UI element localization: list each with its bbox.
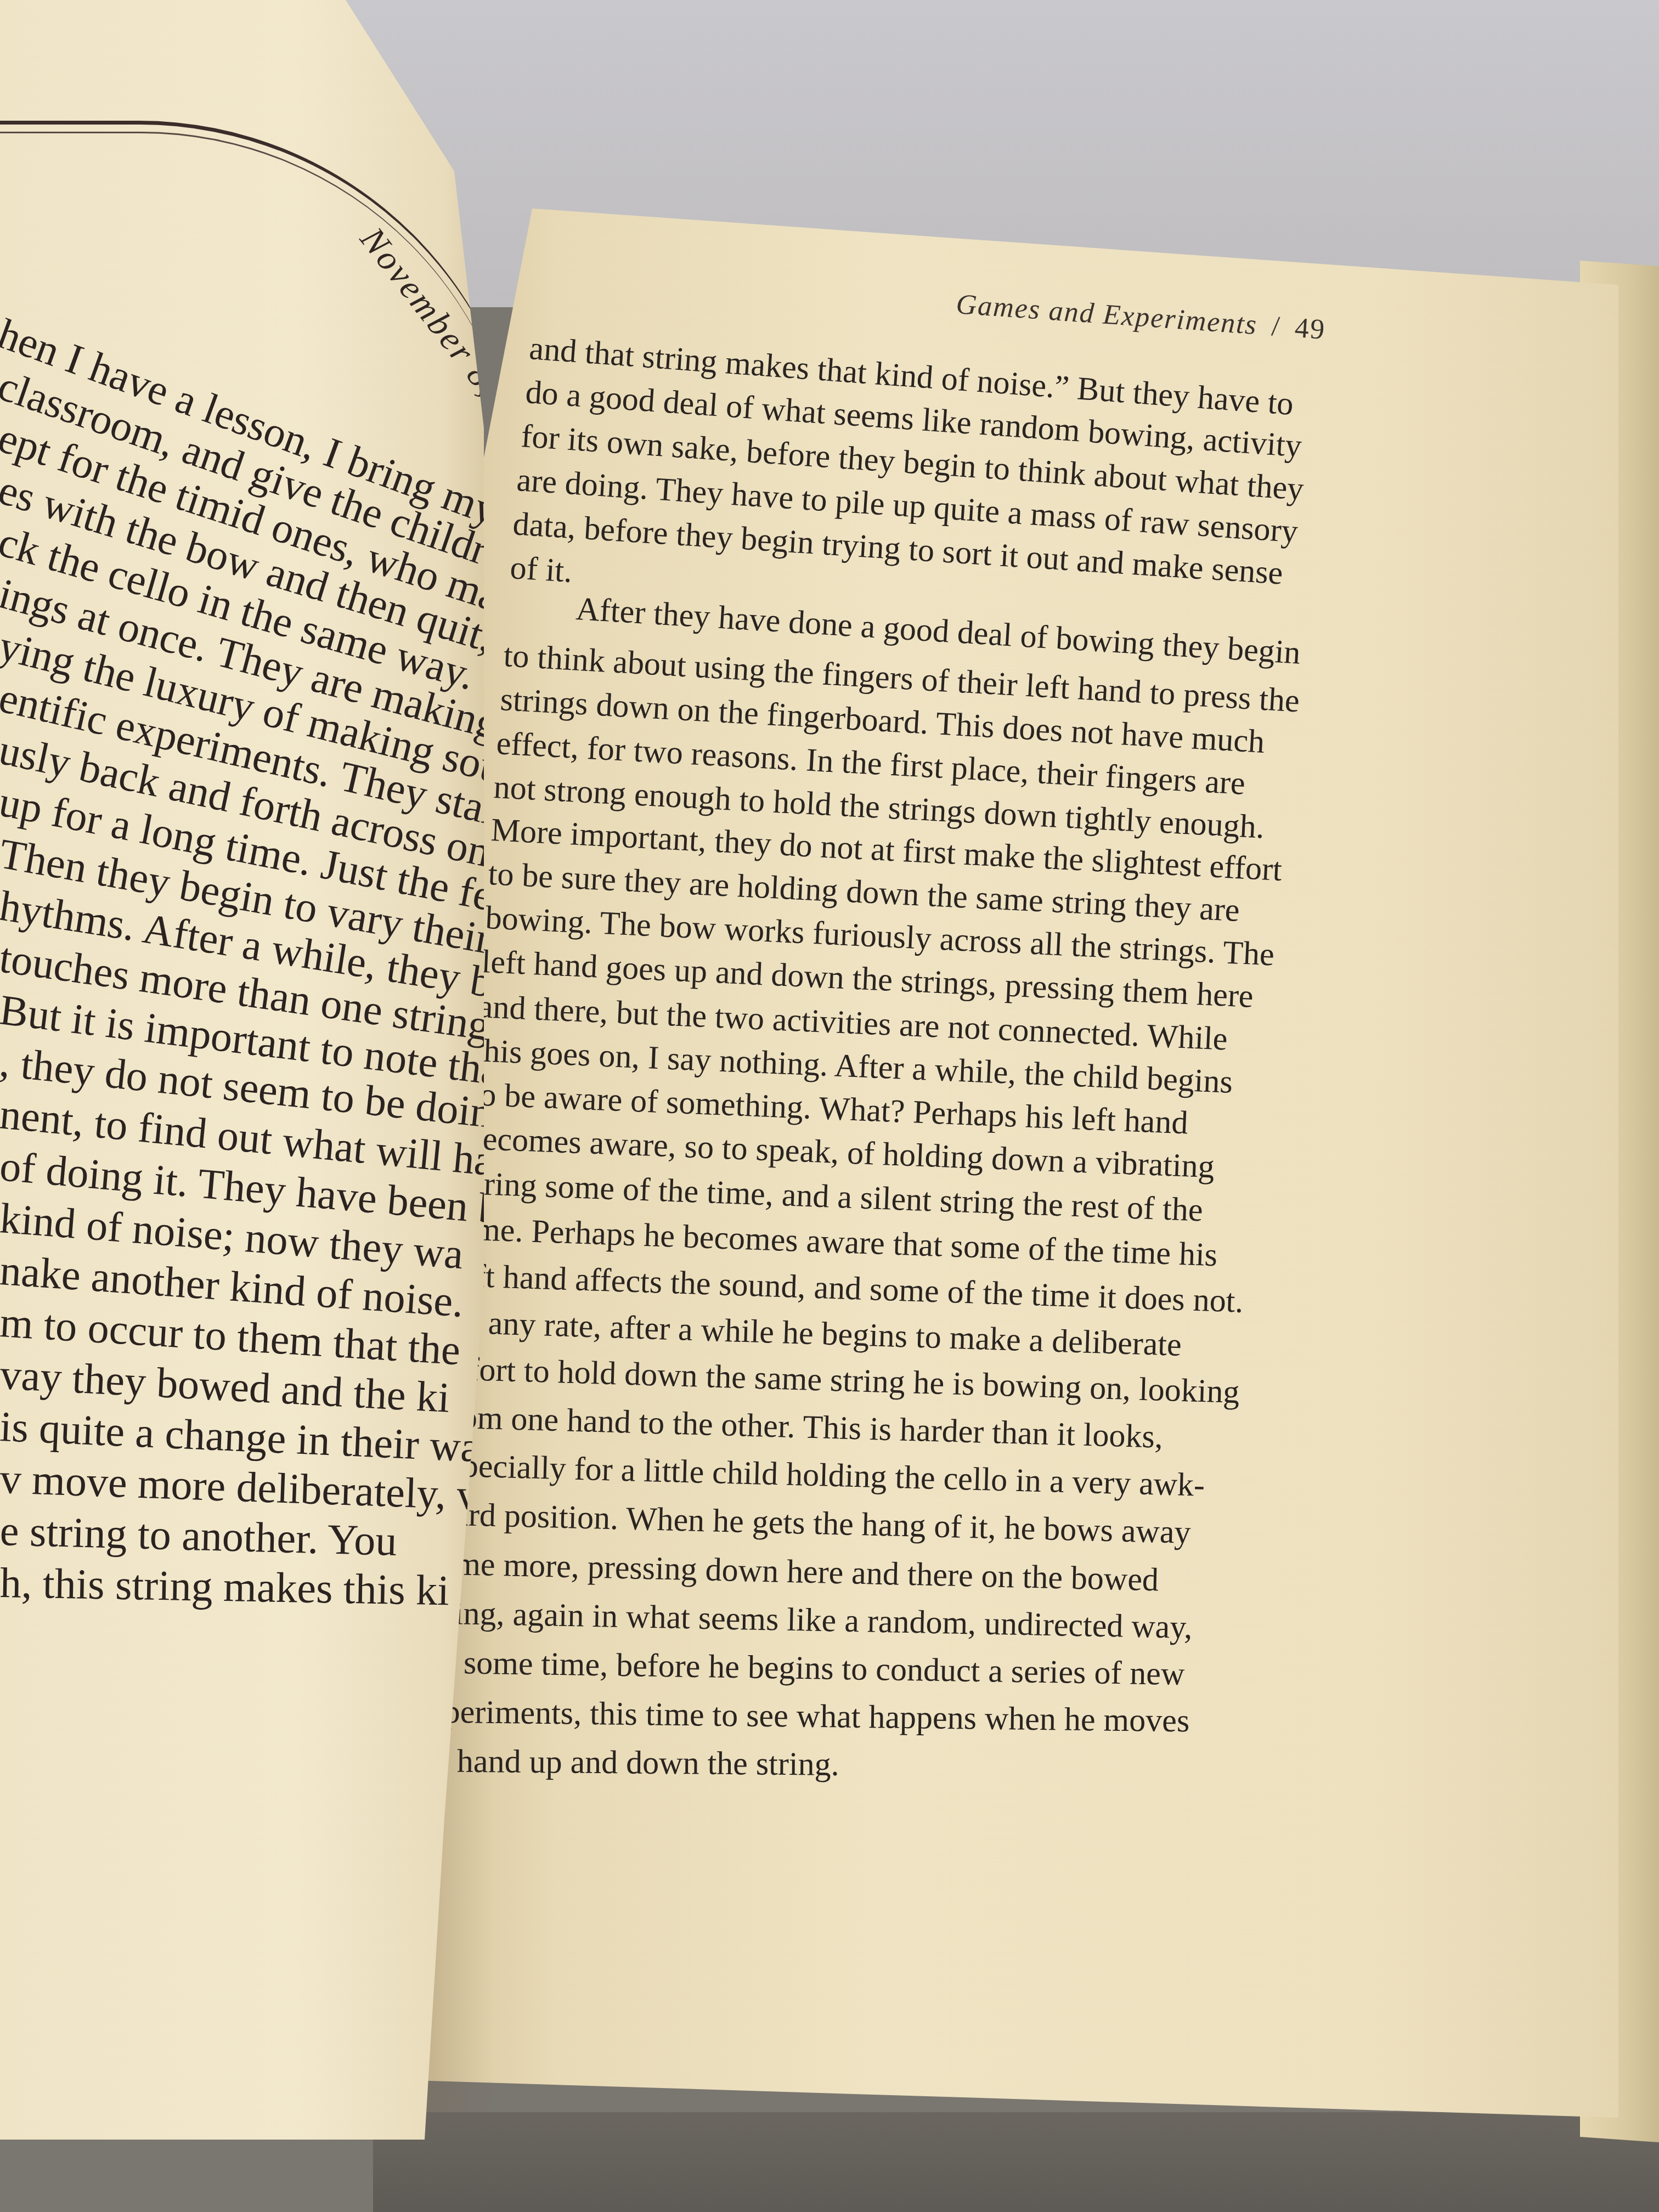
text-line: h, this string makes this ki — [0, 1558, 450, 1615]
text-line: his hand up and down the string. — [410, 1742, 839, 1784]
page-number: 49 — [1294, 312, 1327, 346]
left-page: November 8, hen I have a lesson, I bring… — [0, 0, 494, 2140]
text-line: of it. — [509, 549, 573, 590]
table-surface — [373, 2112, 1659, 2212]
text-line: e string to another. You — [0, 1506, 398, 1566]
running-head-separator: / — [1271, 311, 1282, 342]
